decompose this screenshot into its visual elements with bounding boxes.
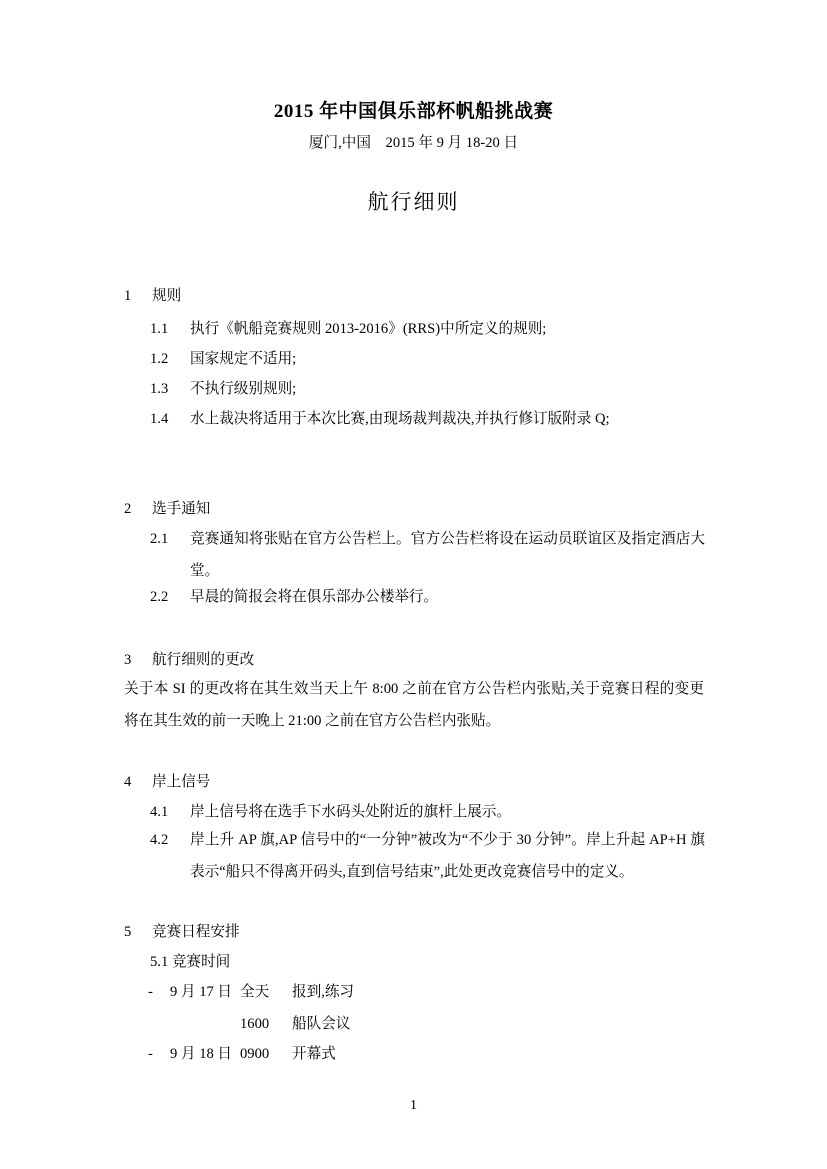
schedule-time: 1600 [240,1008,292,1040]
section-3-heading: 3 航行细则的更改 [124,644,254,676]
schedule-date: 9 月 17 日 [170,976,240,1008]
clause-text: 执行《帆船竞赛规则 2013-2016》(RRS)中所定义的规则; [190,313,705,345]
clause-2-2: 2.2 早晨的简报会将在俱乐部办公楼举行。 [150,581,705,613]
clause-number: 4.2 [150,824,190,856]
schedule-dash [148,1008,170,1040]
document-page: 2015 年中国俱乐部杯帆船挑战赛 厦门,中国 2015 年 9 月 18-20… [0,0,827,1169]
section-title: 选手通知 [152,493,210,525]
clause-1-3: 1.3 不执行级别规则; [150,373,705,405]
clause-text: 竞赛通知将张贴在官方公告栏上。官方公告栏将设在运动员联谊区及指定酒店大堂。 [190,523,705,587]
section-title: 规则 [152,280,181,312]
schedule-date [170,1008,240,1040]
schedule-event: 报到,练习 [292,976,354,1008]
clause-number: 1.4 [150,403,190,435]
event-location-date: 厦门,中国 2015 年 9 月 18-20 日 [0,133,827,154]
section-number: 1 [124,280,152,312]
schedule-time: 全天 [240,976,292,1008]
schedule-row: 1600 船队会议 [148,1008,350,1040]
section-number: 4 [124,766,152,798]
schedule-row: - 9 月 18 日 0900 开幕式 [148,1038,336,1070]
section-1-heading: 1 规则 [124,280,181,312]
clause-number: 1.3 [150,373,190,405]
clause-text: 国家规定不适用; [190,343,705,375]
section-number: 2 [124,493,152,525]
schedule-event: 开幕式 [292,1038,336,1070]
clause-number: 1.1 [150,313,190,345]
clause-2-1: 2.1 竞赛通知将张贴在官方公告栏上。官方公告栏将设在运动员联谊区及指定酒店大堂… [150,523,705,587]
event-title: 2015 年中国俱乐部杯帆船挑战赛 [0,99,827,125]
section-number: 5 [124,916,152,948]
clause-text: 岸上升 AP 旗,AP 信号中的“一分钟”被改为“不少于 30 分钟”。岸上升起… [190,824,705,888]
clause-1-4: 1.4 水上裁决将适用于本次比赛,由现场裁判裁决,并执行修订版附录 Q; [150,403,705,435]
page-number: 1 [0,1096,827,1116]
clause-text: 早晨的简报会将在俱乐部办公楼举行。 [190,581,705,613]
section-number: 3 [124,644,152,676]
section-4-heading: 4 岸上信号 [124,766,210,798]
schedule-dash: - [148,976,170,1008]
clause-1-1: 1.1 执行《帆船竞赛规则 2013-2016》(RRS)中所定义的规则; [150,313,705,345]
section-3-body: 关于本 SI 的更改将在其生效当天上午 8:00 之前在官方公告栏内张贴,关于竞… [124,673,704,737]
schedule-row: - 9 月 17 日 全天 报到,练习 [148,976,354,1008]
clause-text: 不执行级别规则; [190,373,705,405]
schedule-event: 船队会议 [292,1008,350,1040]
subsection-5-1-heading: 5.1 竞赛时间 [150,946,230,978]
section-title: 竞赛日程安排 [152,916,240,948]
section-2-heading: 2 选手通知 [124,493,210,525]
schedule-time: 0900 [240,1038,292,1070]
clause-1-2: 1.2 国家规定不适用; [150,343,705,375]
schedule-dash: - [148,1038,170,1070]
clause-text: 水上裁决将适用于本次比赛,由现场裁判裁决,并执行修订版附录 Q; [190,403,705,435]
clause-number: 2.1 [150,523,190,555]
clause-number: 1.2 [150,343,190,375]
clause-4-2: 4.2 岸上升 AP 旗,AP 信号中的“一分钟”被改为“不少于 30 分钟”。… [150,824,705,888]
clause-number: 2.2 [150,581,190,613]
section-title: 航行细则的更改 [152,644,254,676]
document-heading: 航行细则 [0,188,827,216]
section-5-heading: 5 竞赛日程安排 [124,916,240,948]
schedule-date: 9 月 18 日 [170,1038,240,1070]
section-title: 岸上信号 [152,766,210,798]
